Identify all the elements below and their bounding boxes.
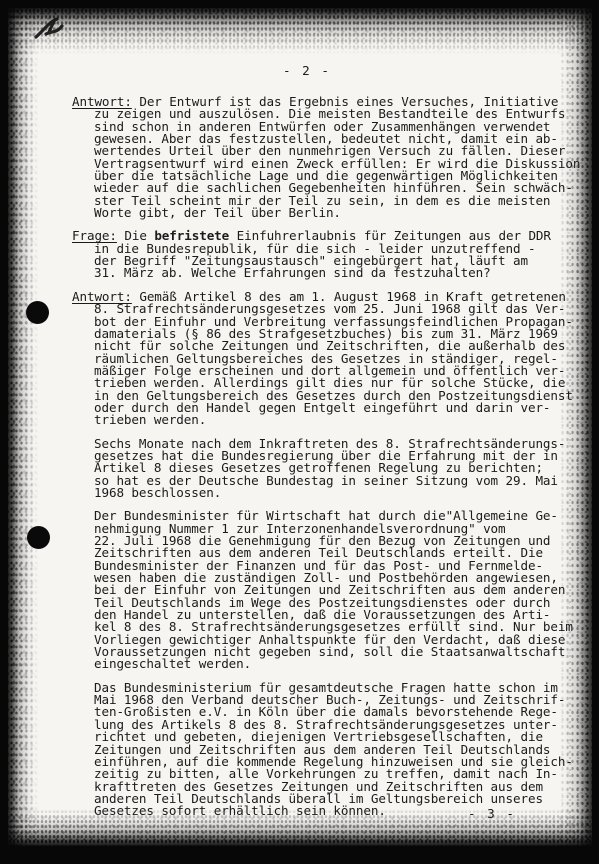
paragraph-text: Sechs Monate nach dem Inkraftreten des 8…: [94, 436, 565, 500]
answer-paragraph-1: Antwort: Der Entwurf ist das Ergebnis ei…: [72, 96, 599, 219]
scan-noise-top: [8, 8, 592, 54]
paragraph-text: Der Entwurf ist das Ergebnis eines Versu…: [94, 94, 580, 220]
document-page: - 2 - Antwort: Der Entwurf ist das Ergeb…: [8, 8, 592, 846]
page-number-top: - 2 -: [283, 64, 331, 77]
scan-noise-left: [8, 8, 38, 846]
hole-punch-bottom: [27, 526, 50, 549]
paragraph-text: Gemäß Artikel 8 des am 1. August 1968 in…: [94, 289, 573, 427]
body-paragraph-2: Der Bundesminister für Wirtschaft hat du…: [72, 510, 599, 670]
scanned-document: - 2 - Antwort: Der Entwurf ist das Ergeb…: [0, 0, 599, 864]
paragraph-text: Das Bundesministerium für gesamtdeutsche…: [94, 680, 573, 818]
handwritten-mark: [28, 12, 74, 46]
body-paragraph-3: Das Bundesministerium für gesamtdeutsche…: [72, 682, 599, 818]
document-body: Antwort: Der Entwurf ist das Ergebnis ei…: [72, 96, 584, 829]
page-number-bottom: - 3 -: [468, 807, 516, 820]
answer-paragraph-2: Antwort: Gemäß Artikel 8 des am 1. Augus…: [72, 291, 599, 427]
question-paragraph: Frage: Die befristete Einfuhrerlaubnis f…: [72, 230, 599, 279]
body-paragraph-1: Sechs Monate nach dem Inkraftreten des 8…: [72, 438, 599, 500]
paragraph-text: Der Bundesminister für Wirtschaft hat du…: [94, 508, 573, 671]
hole-punch-top: [26, 301, 49, 324]
